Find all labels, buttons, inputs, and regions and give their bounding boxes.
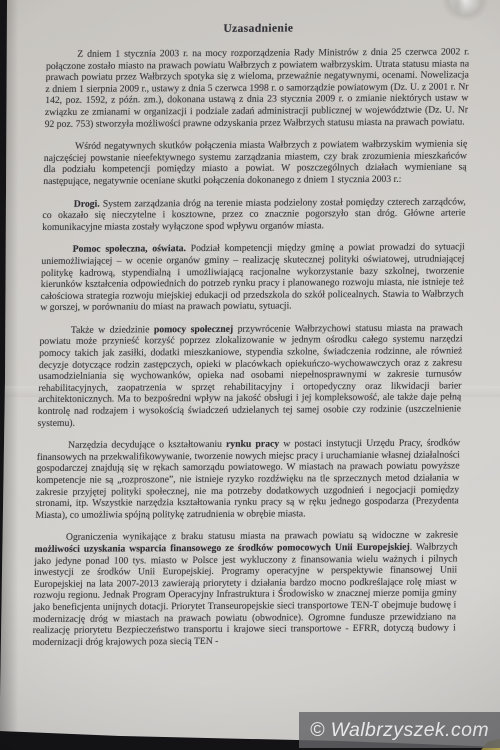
- paper-edge-shadow: [0, 0, 26, 731]
- text-segment: . Wałbrzych jako jedyne ponad 100 tys. m…: [32, 541, 458, 647]
- paragraph: Także w dziedzinie pomocy społecznej prz…: [37, 322, 463, 429]
- text-segment: System zarządzania dróg na terenie miast…: [42, 196, 466, 233]
- paragraph: Ograniczenia wynikające z braku statusu …: [32, 530, 458, 649]
- paragraph: Pomoc społeczna, oświata. Podział kompet…: [40, 242, 465, 314]
- document-content: Uzasadnienie Z dniem 1 stycznia 2003 r. …: [32, 21, 470, 659]
- document-body: Z dniem 1 stycznia 2003 r. na mocy rozpo…: [32, 46, 469, 648]
- paragraph: Narzędzia decydujące o kształtowaniu ryn…: [35, 438, 460, 522]
- text-segment: Z dniem 1 stycznia 2003 r. na mocy rozpo…: [45, 46, 470, 129]
- document-page: Uzasadnienie Z dniem 1 stycznia 2003 r. …: [0, 0, 500, 750]
- document-title: Uzasadnienie: [47, 21, 470, 36]
- text-segment: przywrócenie Wałbrzychowi statusu miasta…: [37, 322, 463, 428]
- watermark: © Walbrzyszek.com: [299, 712, 500, 748]
- bold-text-segment: rynku pracy: [226, 439, 279, 450]
- paragraph: Drogi. System zarządzania dróg na tereni…: [42, 196, 466, 233]
- paragraph: Z dniem 1 stycznia 2003 r. na mocy rozpo…: [44, 46, 469, 130]
- bold-text-segment: pomocy społecznej: [154, 324, 234, 335]
- bold-text-segment: Pomoc społeczna, oświata.: [73, 243, 187, 255]
- photo-background: Uzasadnienie Z dniem 1 stycznia 2003 r. …: [0, 0, 500, 750]
- watermark-text: © Walbrzyszek.com: [310, 719, 489, 742]
- bold-text-segment: Drogi.: [74, 198, 100, 209]
- paragraph: Wśród negatywnych skutków połączenia mia…: [43, 139, 467, 188]
- text-segment: Wśród negatywnych skutków połączenia mia…: [43, 139, 467, 187]
- text-segment: Narzędzia decydujące o kształtowaniu: [68, 439, 226, 451]
- text-segment: Także w dziedzinie: [71, 324, 154, 336]
